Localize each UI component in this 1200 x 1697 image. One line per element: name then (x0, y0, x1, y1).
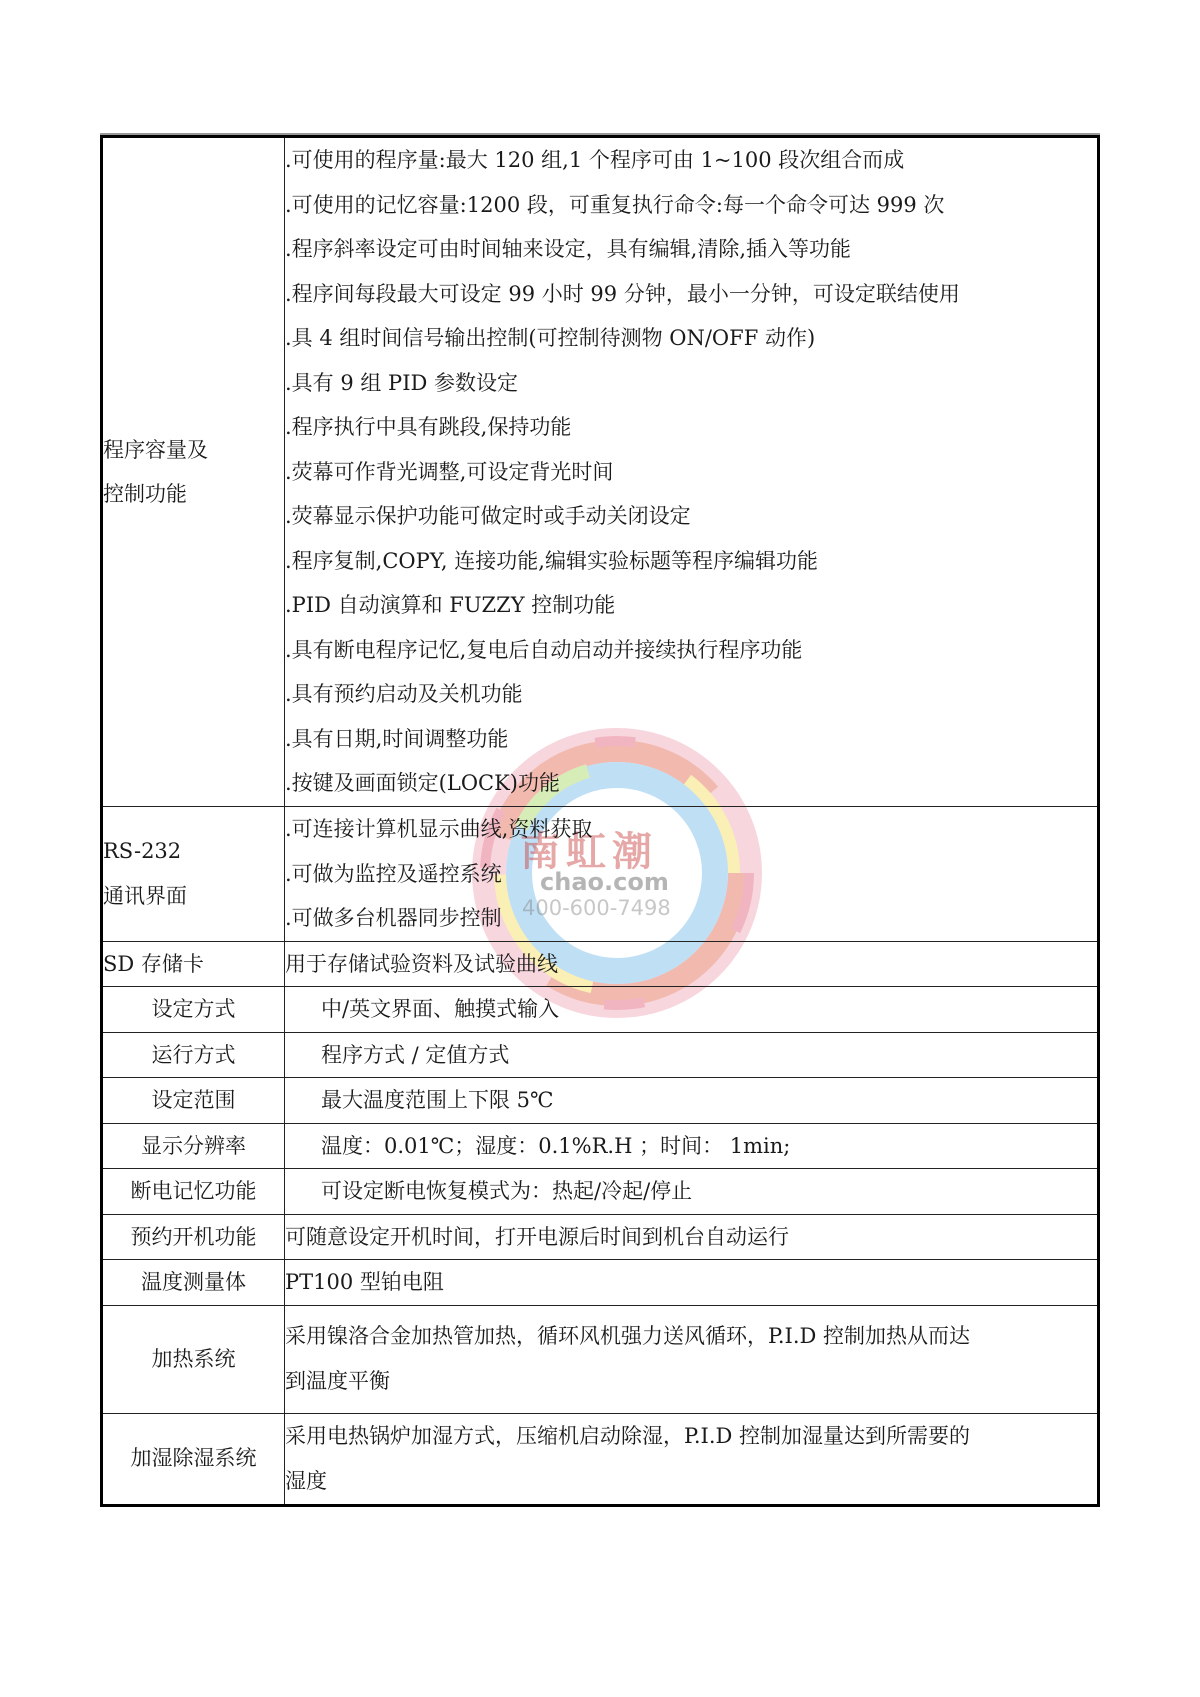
table-row: SD 存储卡 用于存储试验资料及试验曲线 (102, 941, 1099, 987)
feature-item: .程序复制,COPY, 连接功能,编辑实验标题等程序编辑功能 (285, 539, 1097, 584)
row-label: 预约开机功能 (102, 1214, 285, 1260)
spec-table: 程序容量及 控制功能 .可使用的程序量:最大 120 组,1 个程序可由 1~1… (100, 135, 1100, 1507)
table-row: 显示分辨率 温度：0.01℃；湿度：0.1%R.H ；时间： 1min; (102, 1123, 1099, 1169)
feature-item: .程序间每段最大可设定 99 小时 99 分钟，最小一分钟，可设定联结使用 (285, 272, 1097, 317)
value-line: 湿度 (285, 1459, 1089, 1504)
row-label: 断电记忆功能 (102, 1169, 285, 1215)
table-row: 加热系统 采用镍洛合金加热管加热，循环风机强力送风循环，P.I.D 控制加热从而… (102, 1305, 1099, 1413)
value-line: 采用镍洛合金加热管加热，循环风机强力送风循环，P.I.D 控制加热从而达 (285, 1314, 1089, 1359)
table-row: 预约开机功能 可随意设定开机时间，打开电源后时间到机台自动运行 (102, 1214, 1099, 1260)
row-label: SD 存储卡 (102, 941, 285, 987)
value-line: 采用电热锅炉加湿方式，压缩机启动除湿，P.I.D 控制加湿量达到所需要的 (285, 1414, 1089, 1459)
feature-item: .具有断电程序记忆,复电后自动启动并接续执行程序功能 (285, 628, 1097, 673)
table-row: 温度测量体 PT100 型铂电阻 (102, 1260, 1099, 1306)
feature-item: .可做为监控及遥控系统 (285, 852, 1097, 897)
table-row: 加湿除湿系统 采用电热锅炉加湿方式，压缩机启动除湿，P.I.D 控制加湿量达到所… (102, 1413, 1099, 1505)
row-value: 采用镍洛合金加热管加热，循环风机强力送风循环，P.I.D 控制加热从而达 到温度… (285, 1305, 1099, 1413)
row-label: RS-232 通讯界面 (102, 807, 285, 942)
row-value: .可使用的程序量:最大 120 组,1 个程序可由 1~100 段次组合而成 .… (285, 137, 1099, 807)
row-value: .可连接计算机显示曲线,资料获取 .可做为监控及遥控系统 .可做多台机器同步控制 (285, 807, 1099, 942)
row-label: 运行方式 (102, 1032, 285, 1078)
row-label: 程序容量及 控制功能 (102, 137, 285, 807)
table-row: 程序容量及 控制功能 .可使用的程序量:最大 120 组,1 个程序可由 1~1… (102, 137, 1099, 807)
feature-item: .程序斜率设定可由时间轴来设定，具有编辑,清除,插入等功能 (285, 227, 1097, 272)
feature-item: .程序执行中具有跳段,保持功能 (285, 405, 1097, 450)
document-page: 南虹潮 chao.com 400-600-7498 程序容量及 控制功能 .可使… (0, 0, 1200, 1697)
row-value: 中/英文界面、触摸式输入 (285, 987, 1099, 1033)
table-row: 断电记忆功能 可设定断电恢复模式为：热起/冷起/停止 (102, 1169, 1099, 1215)
row-value: 可设定断电恢复模式为：热起/冷起/停止 (285, 1169, 1099, 1215)
label-line: 程序容量及 (103, 428, 284, 473)
row-value: 最大温度范围上下限 5℃ (285, 1078, 1099, 1124)
row-value: 用于存储试验资料及试验曲线 (285, 941, 1099, 987)
table-row: 设定方式 中/英文界面、触摸式输入 (102, 987, 1099, 1033)
row-value: PT100 型铂电阻 (285, 1260, 1099, 1306)
label-line: 控制功能 (103, 472, 284, 517)
feature-item: .具 4 组时间信号输出控制(可控制待测物 ON/OFF 动作) (285, 316, 1097, 361)
feature-item: .按键及画面锁定(LOCK)功能 (285, 761, 1097, 806)
feature-item: .可做多台机器同步控制 (285, 896, 1097, 941)
table-row: 设定范围 最大温度范围上下限 5℃ (102, 1078, 1099, 1124)
label-line: RS-232 (103, 829, 284, 874)
row-label: 温度测量体 (102, 1260, 285, 1306)
feature-item: .具有 9 组 PID 参数设定 (285, 361, 1097, 406)
row-value: 程序方式 / 定值方式 (285, 1032, 1099, 1078)
row-value: 可随意设定开机时间，打开电源后时间到机台自动运行 (285, 1214, 1099, 1260)
value-line: 到温度平衡 (285, 1359, 1089, 1404)
row-label: 加热系统 (102, 1305, 285, 1413)
row-label: 设定范围 (102, 1078, 285, 1124)
feature-item: .荧幕可作背光调整,可设定背光时间 (285, 450, 1097, 495)
feature-item: .荧幕显示保护功能可做定时或手动关闭设定 (285, 494, 1097, 539)
feature-item: .具有日期,时间调整功能 (285, 717, 1097, 762)
feature-item: .具有预约启动及关机功能 (285, 672, 1097, 717)
table-row: RS-232 通讯界面 .可连接计算机显示曲线,资料获取 .可做为监控及遥控系统… (102, 807, 1099, 942)
table-row: 运行方式 程序方式 / 定值方式 (102, 1032, 1099, 1078)
label-line: 通讯界面 (103, 874, 284, 919)
row-value: 温度：0.01℃；湿度：0.1%R.H ；时间： 1min; (285, 1123, 1099, 1169)
row-value: 采用电热锅炉加湿方式，压缩机启动除湿，P.I.D 控制加湿量达到所需要的 湿度 (285, 1413, 1099, 1505)
feature-item: .PID 自动演算和 FUZZY 控制功能 (285, 583, 1097, 628)
row-label: 显示分辨率 (102, 1123, 285, 1169)
feature-item: .可连接计算机显示曲线,资料获取 (285, 807, 1097, 852)
feature-item: .可使用的程序量:最大 120 组,1 个程序可由 1~100 段次组合而成 (285, 138, 1097, 183)
feature-item: .可使用的记忆容量:1200 段，可重复执行命令:每一个命令可达 999 次 (285, 183, 1097, 228)
row-label: 设定方式 (102, 987, 285, 1033)
row-label: 加湿除湿系统 (102, 1413, 285, 1505)
